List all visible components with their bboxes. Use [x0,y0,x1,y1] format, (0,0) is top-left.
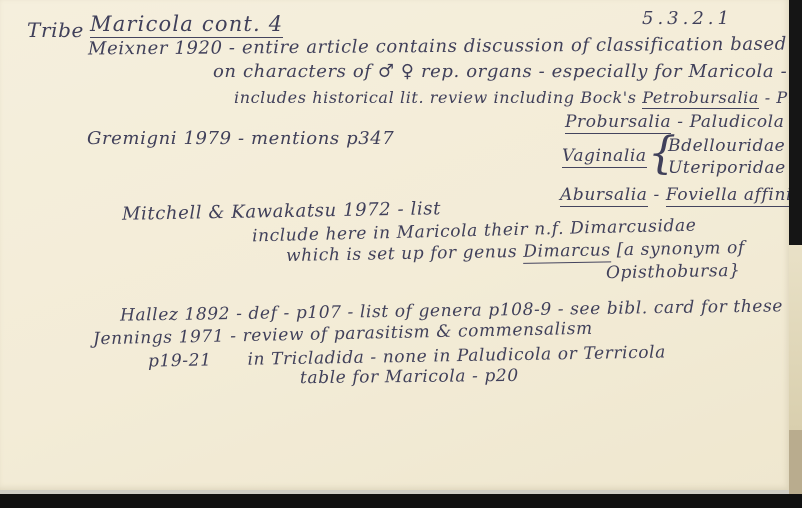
scanned-index-card-page: Tribe Maricola cont. 4 5.3.2.1 Meixner 1… [0,0,802,508]
card-bottom-edge [0,490,789,494]
division-abursalia-line: Abursalia - Foviella affinis [560,185,801,205]
meixner-line-2: on characters of ♂ ♀ rep. organs - espec… [213,61,802,82]
division-vaginalia-line: Vaginalia [562,146,647,166]
abursalia-species: Foviella affinis [666,185,801,207]
meixner-line-3: includes historical lit. review includin… [234,88,802,107]
background-dark-strip [789,0,802,245]
mitchell-line-4-text: Opisthobursa} [606,261,741,283]
meixner-line-3-text: includes historical lit. review includin… [234,88,642,107]
index-card: Tribe Maricola cont. 4 5.3.2.1 Meixner 1… [0,0,789,490]
division-petrobursalia: Petrobursalia [642,88,759,109]
card-behind-edge-shadow [789,430,802,494]
jennings-line-2-pages: p19-21 [148,350,212,371]
vaginalia-family-1-text: Bdellouridae [668,136,785,156]
card-index-number: 5.3.2.1 [642,8,733,29]
genus-dimarcus: Dimarcus [523,240,611,264]
mitchell-line-4: Opisthobursa} [606,261,741,283]
meixner-line-1: Meixner 1920 - entire article contains d… [88,34,787,60]
vaginalia-family-2: Uteriporidae [668,158,786,178]
tribe-label-text: Tribe [27,18,84,42]
mitchell-line-1: Mitchell & Kawakatsu 1972 - list [122,198,441,225]
mitchell-line-3-rest: [a synonym of [617,238,745,260]
jennings-line-3: table for Maricola - p20 [300,366,519,388]
division-abursalia-sep: - [654,185,666,205]
jennings-line-3-text: table for Maricola - p20 [300,366,519,388]
vaginalia-family-2-text: Uteriporidae [668,158,786,178]
meixner-line-1-text: Meixner 1920 - entire article contains d… [88,34,787,60]
mitchell-line-3-text: which is set up for genus [286,242,524,266]
card-title-text: Maricola cont. 4 [90,12,283,38]
card-title: Maricola cont. 4 [90,12,283,36]
gremigni-line-text: Gremigni 1979 - mentions p347 [87,128,394,149]
division-vaginalia: Vaginalia [562,146,647,168]
card-behind-edge [789,245,802,430]
card-index-number-text: 5.3.2.1 [642,8,733,29]
division-abursalia: Abursalia [560,185,648,207]
vaginalia-family-1: Bdellouridae [668,136,785,156]
mitchell-line-1-text: Mitchell & Kawakatsu 1972 - list [122,198,441,225]
gremigni-line: Gremigni 1979 - mentions p347 [87,128,394,149]
meixner-line-2-text: on characters of ♂ ♀ rep. organs - espec… [213,61,802,82]
tribe-label: Tribe [27,18,84,42]
division-probursalia-rest: - Paludicola [677,112,784,132]
